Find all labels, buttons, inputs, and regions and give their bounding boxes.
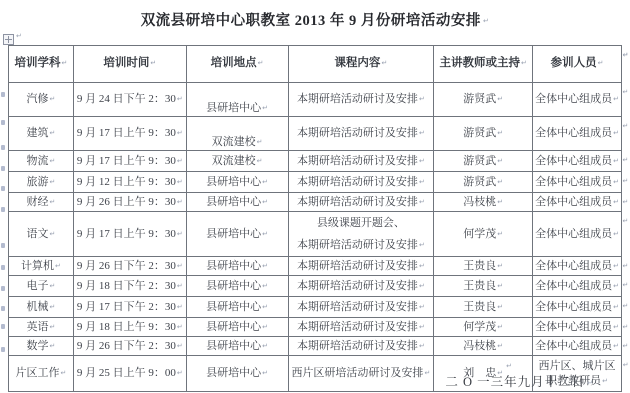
- cell-location: 县研培中心: [186, 318, 288, 337]
- end-of-row-mark-icon: [621, 318, 629, 337]
- cell-time: 9 月 26 日上午 9：30: [73, 193, 186, 212]
- table-row: 电子 9 月 18 日下午 2：30 县研培中心 本期研培活动研讨及安排 王贵良…: [9, 276, 630, 297]
- end-of-row-mark-icon: [621, 337, 629, 356]
- cell-content: 本期研培活动研讨及安排: [288, 151, 434, 172]
- column-header-teacher: 主讲教师或主持: [434, 46, 533, 83]
- cell-subject: 英语: [9, 318, 74, 337]
- table-row: 汽修 9 月 24 日下午 2：30 县研培中心 本期研培活动研讨及安排 游贤武…: [9, 83, 630, 117]
- column-header-participants: 参训人员: [533, 46, 622, 83]
- end-of-row-mark-icon: [621, 212, 629, 257]
- cell-teacher: 游贤武: [434, 172, 533, 193]
- left-row-marker: [1, 145, 5, 150]
- cell-time: 9 月 26 日下午 2：30: [73, 257, 186, 276]
- cell-subject: 片区工作: [9, 356, 74, 392]
- left-row-marker: [1, 286, 5, 291]
- cell-teacher: 王贵良: [434, 257, 533, 276]
- cell-location: 双流建校: [186, 117, 288, 151]
- cell-location: 县研培中心: [186, 83, 288, 117]
- cell-subject: 数学: [9, 337, 74, 356]
- table-row: 语文 9 月 17 日上午 9：30 县研培中心 县级课题开题会、 本期研培活动…: [9, 212, 630, 257]
- cell-content: 本期研培活动研讨及安排: [288, 172, 434, 193]
- cell-time: 9 月 12 日上午 9：30: [73, 172, 186, 193]
- cell-participants: 全体中心组成员: [533, 117, 622, 151]
- end-of-row-mark-icon: [621, 117, 629, 151]
- cell-time: 9 月 26 日下午 2：30: [73, 337, 186, 356]
- cell-teacher: 何学茂: [434, 318, 533, 337]
- table-row: 数学 9 月 26 日下午 2：30 县研培中心 本期研培活动研讨及安排 冯枝桃…: [9, 337, 630, 356]
- column-header-time: 培训时间: [73, 46, 186, 83]
- cell-location: 县研培中心: [186, 257, 288, 276]
- cell-time: 9 月 18 日下午 2：30: [73, 276, 186, 297]
- paragraph-mark-icon: ↵: [506, 362, 512, 370]
- table-row: 计算机 9 月 26 日下午 2：30 县研培中心 本期研培活动研讨及安排 王贵…: [9, 257, 630, 276]
- cell-teacher: 何学茂: [434, 212, 533, 257]
- cell-participants: 全体中心组成员: [533, 318, 622, 337]
- cell-participants: 全体中心组成员: [533, 151, 622, 172]
- cell-location: 县研培中心: [186, 172, 288, 193]
- cell-content: 西片区研培活动研讨及安排: [288, 356, 434, 392]
- end-of-row-mark-icon: [621, 276, 629, 297]
- cell-location: 县研培中心: [186, 356, 288, 392]
- cell-participants: 全体中心组成员: [533, 83, 622, 117]
- paragraph-mark-icon: ↵: [16, 32, 22, 40]
- end-of-row-mark-icon: [621, 83, 629, 117]
- cell-location: 县研培中心: [186, 337, 288, 356]
- column-header-location: 培训地点: [186, 46, 288, 83]
- left-row-marker: [1, 306, 5, 311]
- left-row-marker: [1, 347, 5, 352]
- cell-participants: 全体中心组成员: [533, 297, 622, 318]
- cell-subject: 语文: [9, 212, 74, 257]
- cell-content: 本期研培活动研讨及安排: [288, 83, 434, 117]
- cell-participants: 全体中心组成员: [533, 212, 622, 257]
- cell-content: 县级课题开题会、 本期研培活动研讨及安排: [288, 212, 434, 257]
- cell-time: 9 月 17 日上午 9：30: [73, 117, 186, 151]
- cell-subject: 电子: [9, 276, 74, 297]
- cell-location: 县研培中心: [186, 193, 288, 212]
- end-of-row-mark-icon: [621, 297, 629, 318]
- cell-content: 本期研培活动研讨及安排: [288, 297, 434, 318]
- left-row-marker: [1, 120, 5, 125]
- footer-date: 二 O 一三年九月十二日: [445, 372, 594, 390]
- page-title: 双流县研培中心职教室 2013 年 9 月份研培活动安排: [0, 0, 630, 30]
- cell-teacher: 游贤武: [434, 117, 533, 151]
- left-row-marker: [1, 186, 5, 191]
- schedule-table: 培训学科 培训时间 培训地点 课程内容 主讲教师或主持 参训人员 汽修 9 月 …: [8, 45, 630, 392]
- cell-time: 9 月 17 日上午 9：30: [73, 151, 186, 172]
- cell-participants: 全体中心组成员: [533, 193, 622, 212]
- cell-teacher: 王贵良: [434, 297, 533, 318]
- end-of-row-mark-icon: [621, 172, 629, 193]
- cell-time: 9 月 24 日下午 2：30: [73, 83, 186, 117]
- header-row: 培训学科 培训时间 培训地点 课程内容 主讲教师或主持 参训人员: [9, 46, 630, 83]
- cell-participants: 全体中心组成员: [533, 172, 622, 193]
- cell-participants: 全体中心组成员: [533, 257, 622, 276]
- cell-location: 县研培中心: [186, 297, 288, 318]
- end-of-row-mark-icon: [621, 151, 629, 172]
- left-row-marker: [1, 92, 5, 97]
- cell-content: 本期研培活动研讨及安排: [288, 257, 434, 276]
- table-row: 旅游 9 月 12 日上午 9：30 县研培中心 本期研培活动研讨及安排 游贤武…: [9, 172, 630, 193]
- cell-subject: 计算机: [9, 257, 74, 276]
- left-row-marker: [1, 324, 5, 329]
- cell-content: 本期研培活动研讨及安排: [288, 276, 434, 297]
- table-move-handle-icon[interactable]: [3, 34, 14, 45]
- cell-teacher: 王贵良: [434, 276, 533, 297]
- column-header-content: 课程内容: [288, 46, 434, 83]
- left-row-marker: [1, 265, 5, 270]
- end-of-row-mark-icon: [621, 46, 629, 83]
- end-of-row-mark-icon: [621, 356, 629, 392]
- cell-content: 本期研培活动研讨及安排: [288, 337, 434, 356]
- table-row: 英语 9 月 18 日上午 9：30 县研培中心 本期研培活动研讨及安排 何学茂…: [9, 318, 630, 337]
- column-header-subject: 培训学科: [9, 46, 74, 83]
- cell-time: 9 月 18 日上午 9：30: [73, 318, 186, 337]
- end-of-row-mark-icon: [621, 257, 629, 276]
- table-row: 物流 9 月 17 日上午 9：30 双流建校 本期研培活动研讨及安排 游贤武 …: [9, 151, 630, 172]
- cell-subject: 财经: [9, 193, 74, 212]
- left-row-marker: [1, 207, 5, 212]
- end-of-row-mark-icon: [621, 193, 629, 212]
- cell-location: 县研培中心: [186, 212, 288, 257]
- left-row-marker: [1, 243, 5, 248]
- cell-subject: 建筑: [9, 117, 74, 151]
- cell-content: 本期研培活动研讨及安排: [288, 318, 434, 337]
- cell-participants: 全体中心组成员: [533, 276, 622, 297]
- cell-teacher: 游贤武: [434, 83, 533, 117]
- table-row: 机械 9 月 17 日下午 2：30 县研培中心 本期研培活动研讨及安排 王贵良…: [9, 297, 630, 318]
- table-row: 建筑 9 月 17 日上午 9：30 双流建校 本期研培活动研讨及安排 游贤武 …: [9, 117, 630, 151]
- cell-time: 9 月 25 日上午 9：00: [73, 356, 186, 392]
- cell-subject: 汽修: [9, 83, 74, 117]
- left-row-marker: [1, 166, 5, 171]
- cell-time: 9 月 17 日上午 9：30: [73, 212, 186, 257]
- document-page: 双流县研培中心职教室 2013 年 9 月份研培活动安排 ↵ 培训学科 培训时间…: [0, 0, 630, 393]
- cell-subject: 旅游: [9, 172, 74, 193]
- table-row: 财经 9 月 26 日上午 9：30 县研培中心 本期研培活动研讨及安排 冯枝桃…: [9, 193, 630, 212]
- cell-time: 9 月 17 日下午 2：30: [73, 297, 186, 318]
- cell-location: 双流建校: [186, 151, 288, 172]
- cell-subject: 物流: [9, 151, 74, 172]
- cell-teacher: 游贤武: [434, 151, 533, 172]
- cell-subject: 机械: [9, 297, 74, 318]
- cell-location: 县研培中心: [186, 276, 288, 297]
- cell-teacher: 冯枝桃: [434, 193, 533, 212]
- cell-content: 本期研培活动研讨及安排: [288, 117, 434, 151]
- cell-teacher: 冯枝桃: [434, 337, 533, 356]
- cell-participants: 全体中心组成员: [533, 337, 622, 356]
- cell-content: 本期研培活动研讨及安排: [288, 193, 434, 212]
